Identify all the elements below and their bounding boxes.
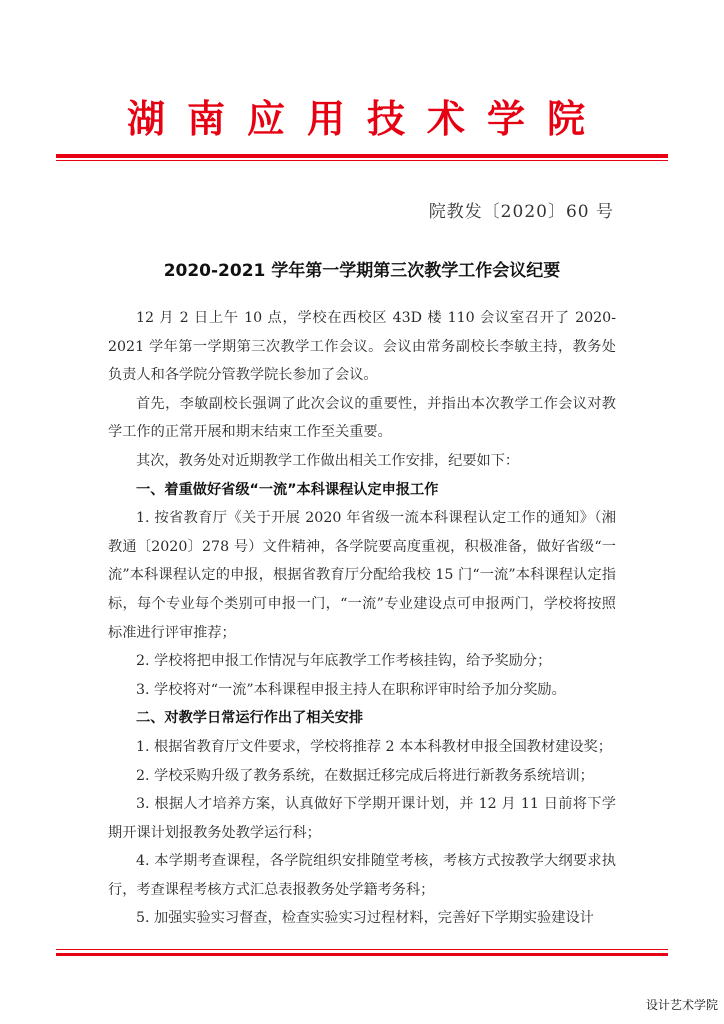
footer-rule-thick: [56, 953, 668, 956]
paragraph-intro: 12 月 2 日上午 10 点，学校在西校区 43D 楼 110 会议室召开了 …: [108, 304, 616, 390]
list-item: 3. 根据人才培养方案，认真做好下学期开课计划，并 12 月 11 日前将下学期…: [108, 790, 616, 847]
list-item: 2. 学校采购升级了教务系统，在数据迁移完成后将进行新教务系统培训；: [108, 762, 616, 791]
document-number: 院教发〔2020〕60 号: [429, 197, 614, 222]
list-item: 1. 根据省教育厅文件要求，学校将推荐 2 本本科教材申报全国教材建设奖；: [108, 733, 616, 762]
header-rule-thin: [56, 160, 668, 161]
watermark-label: 设计艺术学院: [646, 996, 718, 1013]
paragraph-second: 其次，教务处对近期教学工作做出相关工作安排，纪要如下：: [108, 447, 616, 476]
list-item: 2. 学校将把申报工作情况与年底教学工作考核挂钩，给予奖励分；: [108, 647, 616, 676]
list-item: 5. 加强实验实习督查，检查实验实习过程材料，完善好下学期实验建设计: [108, 904, 616, 933]
document-body: 12 月 2 日上午 10 点，学校在西校区 43D 楼 110 会议室召开了 …: [108, 304, 616, 933]
list-item: 3. 学校将对“一流”本科课程申报主持人在职称评审时给予加分奖励。: [108, 676, 616, 705]
institution-name: 湖南应用技术学院: [0, 88, 724, 143]
paragraph-first: 首先，李敏副校长强调了此次会议的重要性，并指出本次教学工作会议对教学工作的正常开…: [108, 390, 616, 447]
list-item: 4. 本学期考查课程，各学院组织安排随堂考核，考核方式按教学大纲要求执行，考查课…: [108, 847, 616, 904]
footer-rule-thin: [56, 949, 668, 950]
document-title: 2020-2021 学年第一学期第三次教学工作会议纪要: [0, 256, 724, 281]
header-rule-thick: [56, 154, 668, 158]
list-item: 1. 按省教育厅《关于开展 2020 年省级一流本科课程认定工作的通知》（湘教通…: [108, 504, 616, 647]
section-heading: 一、着重做好省级“一流”本科课程认定申报工作: [108, 476, 616, 505]
section-heading: 二、对教学日常运行作出了相关安排: [108, 704, 616, 733]
